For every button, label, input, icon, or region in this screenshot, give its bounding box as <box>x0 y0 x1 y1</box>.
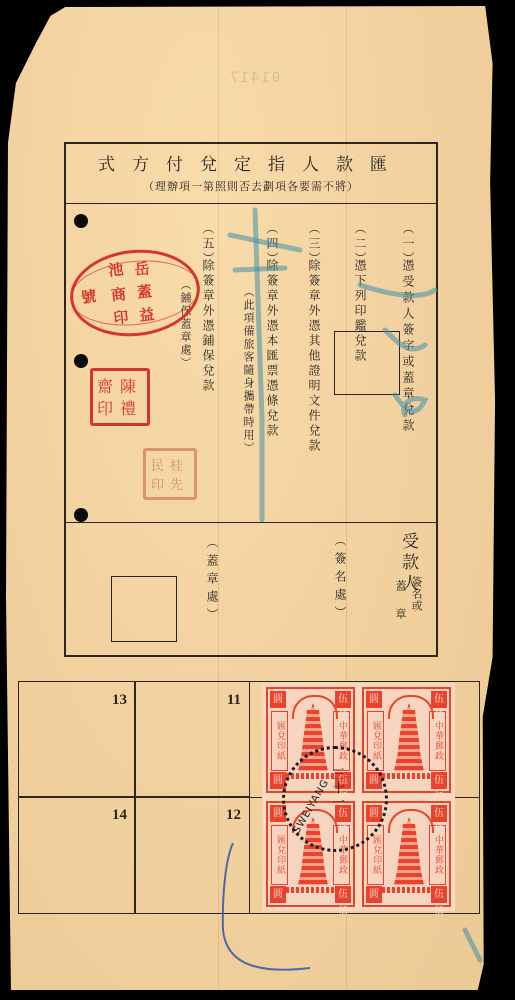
blue-ink-marks <box>0 0 515 1000</box>
